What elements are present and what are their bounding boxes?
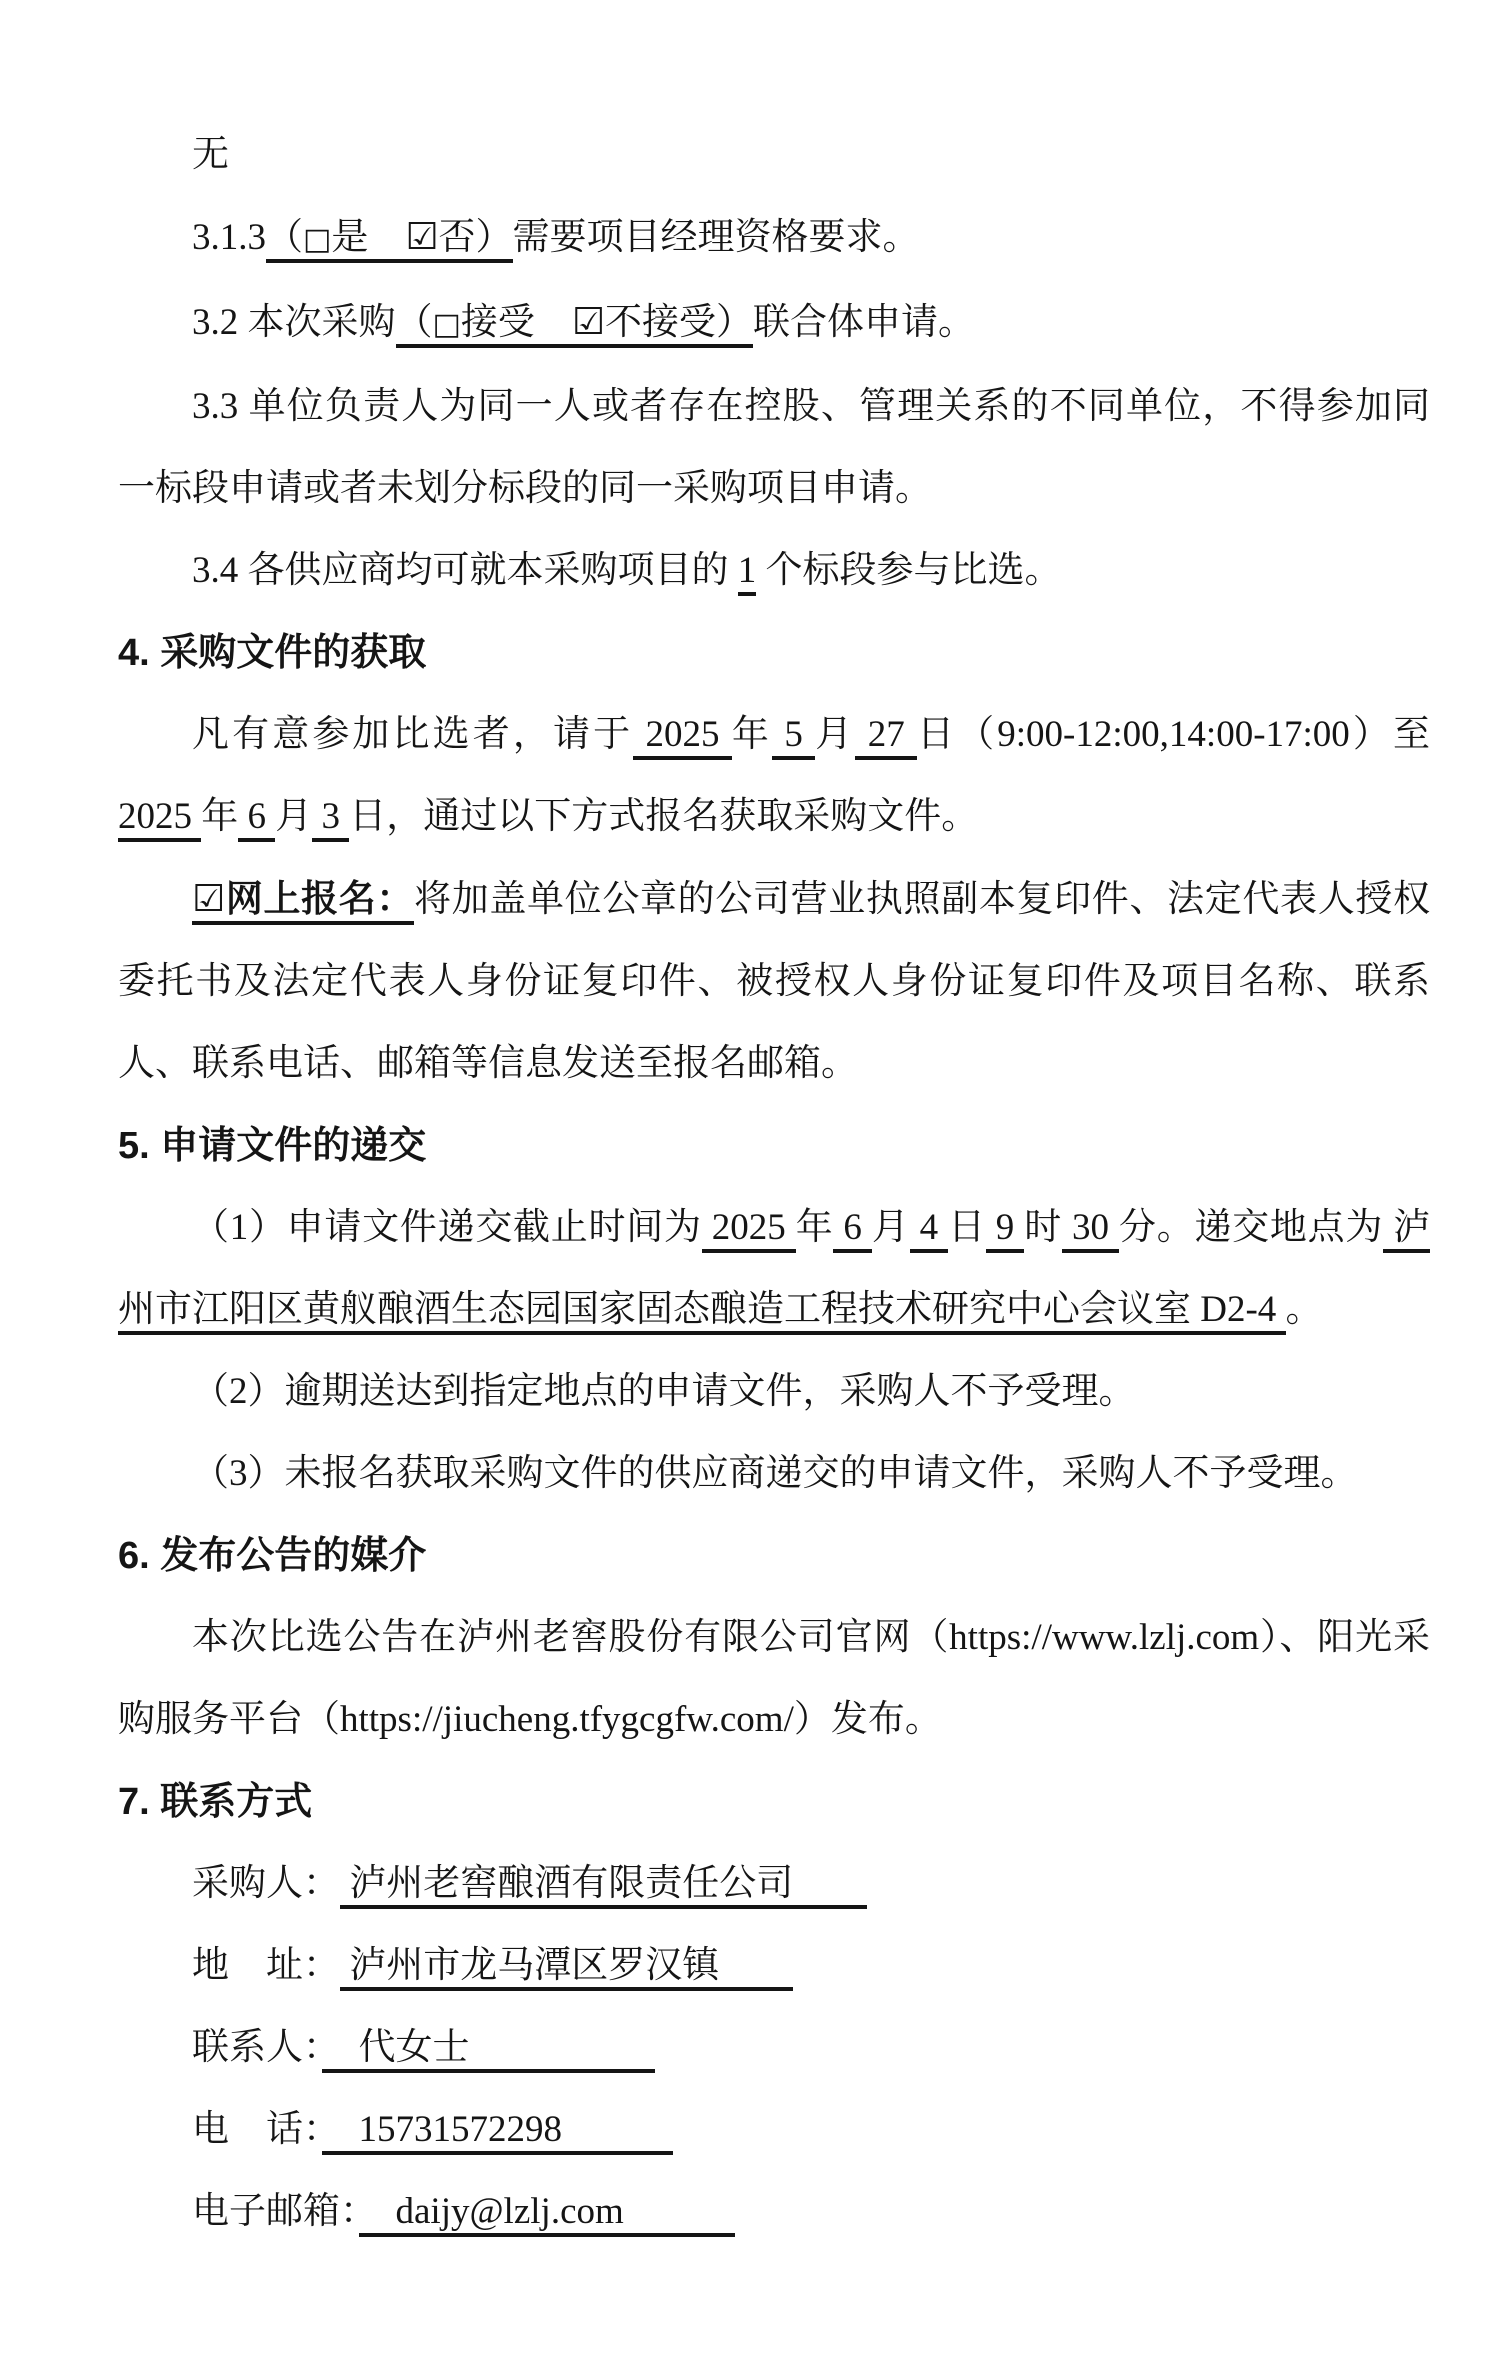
contact-label: 电子邮箱：: [192, 2191, 359, 2232]
text-run: 3.3 单位负责人为同一人或者存在控股、管理关系的不同单位，不得参加同一标段申请…: [118, 386, 1430, 509]
contact-value: 泸州市龙马潭区罗汉镇: [340, 1945, 793, 1991]
text-run: 3.2 本次采购: [192, 302, 396, 343]
contact-label: 地 址：: [192, 1945, 340, 1986]
text-run: （: [396, 302, 433, 343]
text-run: 个标段参与比选。: [756, 550, 1061, 591]
text-run: 月: [872, 1207, 910, 1248]
text-run: （1）申请文件递交截止时间为: [192, 1207, 702, 1248]
contact-value: daijy@lzlj.com: [359, 2191, 735, 2237]
year-underline: 2025: [118, 796, 201, 842]
clause-3-1-3: 3.1.3（□是 ☑否）需要项目经理资格要求。: [118, 196, 1430, 281]
checkbox-unchecked-icon: □: [303, 222, 331, 257]
section-6-heading: 6. 发布公告的媒介: [118, 1515, 1430, 1597]
online-registration-paragraph: ☑网上报名：将加盖单位公章的公司营业执照副本复印件、法定代表人授权委托书及法定代…: [118, 858, 1430, 1105]
contact-row-buyer: 采购人： 泸州老窖酿酒有限责任公司: [118, 1843, 1430, 1925]
text-run: 日（9:00-12:00,14:00-17:00）至: [917, 714, 1430, 755]
text-run: 日，通过以下方式报名获取采购文件。: [349, 796, 978, 837]
text-run: 年: [732, 714, 772, 755]
checkbox-checked-icon: ☑: [405, 215, 438, 258]
text-run: 无: [192, 134, 229, 175]
text-run: 时: [1024, 1207, 1062, 1248]
text-run: 年: [201, 796, 238, 837]
option-reject-label: 不接受）: [605, 302, 753, 343]
heading-text: 5. 申请文件的递交: [118, 1125, 426, 1167]
section-7-heading: 7. 联系方式: [118, 1761, 1430, 1843]
contact-row-email: 电子邮箱： daijy@lzlj.com: [118, 2171, 1430, 2253]
checkbox-checked-icon: ☑: [572, 300, 605, 343]
clause-number: 3.1.3: [192, 217, 266, 258]
text-run: 月: [815, 714, 855, 755]
section-5-heading: 5. 申请文件的递交: [118, 1105, 1430, 1187]
contact-label: 采购人：: [192, 1863, 340, 1904]
document-page: 无 3.1.3（□是 ☑否）需要项目经理资格要求。 3.2 本次采购（□接受 ☑…: [0, 0, 1500, 2360]
option-no-label: 否）: [439, 217, 513, 258]
text-run: （2）逾期送达到指定地点的申请文件，采购人不予受理。: [192, 1371, 1136, 1412]
clause-3-2: 3.2 本次采购（□接受 ☑不接受）联合体申请。: [118, 281, 1430, 366]
contact-label: 电 话：: [192, 2109, 322, 2150]
submission-deadline-paragraph: （1）申请文件递交截止时间为 2025 年 6 月 4 日 9 时 30 分。递…: [118, 1187, 1430, 1351]
month-underline: 5: [772, 714, 815, 760]
text-run: 分。递交地点为: [1119, 1207, 1383, 1248]
online-registration-label: ☑网上报名：: [192, 879, 414, 925]
choice-accept-underline: （□接受 ☑不接受）: [396, 302, 754, 348]
label-text: 网上报名：: [225, 879, 414, 920]
choice-yes-no-underline: （□是 ☑否）: [266, 217, 513, 263]
unregistered-supplier-paragraph: （3）未报名获取采购文件的供应商递交的申请文件，采购人不予受理。: [118, 1433, 1430, 1515]
checkbox-unchecked-icon: □: [433, 307, 461, 342]
text-run: 年: [796, 1207, 834, 1248]
text-run: 月: [275, 796, 312, 837]
contact-value: 代女士: [322, 2027, 655, 2073]
text-run: 日: [948, 1207, 986, 1248]
year-underline: 2025: [633, 714, 732, 760]
checkbox-checked-icon: ☑: [192, 877, 225, 920]
day-underline: 4: [910, 1207, 948, 1253]
hour-underline: 9: [986, 1207, 1024, 1253]
minute-underline: 30: [1062, 1207, 1119, 1253]
month-underline: 6: [833, 1207, 871, 1253]
section-4-heading: 4. 采购文件的获取: [118, 612, 1430, 694]
option-accept-label: 接受: [461, 302, 572, 343]
heading-text: 7. 联系方式: [118, 1781, 312, 1823]
clause-3-4: 3.4 各供应商均可就本采购项目的 1 个标段参与比选。: [118, 530, 1430, 612]
late-submission-paragraph: （2）逾期送达到指定地点的申请文件，采购人不予受理。: [118, 1351, 1430, 1433]
contact-row-person: 联系人： 代女士: [118, 2007, 1430, 2089]
text-run: （3）未报名获取采购文件的供应商递交的申请文件，采购人不予受理。: [192, 1453, 1358, 1494]
text-run: 联合体申请。: [753, 302, 975, 343]
day-underline: 3: [312, 796, 349, 842]
contact-row-address: 地 址： 泸州市龙马潭区罗汉镇: [118, 1925, 1430, 2007]
contact-value: 泸州老窖酿酒有限责任公司: [340, 1863, 867, 1909]
option-yes-label: 是: [331, 217, 405, 258]
month-underline: 6: [238, 796, 275, 842]
contact-label: 联系人：: [192, 2027, 322, 2068]
day-underline: 27: [855, 714, 917, 760]
text-run: 需要项目经理资格要求。: [513, 217, 920, 258]
contact-value: 15731572298: [322, 2109, 674, 2155]
paragraph-none: 无: [118, 114, 1430, 196]
clause-3-3: 3.3 单位负责人为同一人或者存在控股、管理关系的不同单位，不得参加同一标段申请…: [118, 366, 1430, 530]
text-run: 凡有意参加比选者，请于: [192, 714, 633, 755]
contact-row-phone: 电 话： 15731572298: [118, 2089, 1430, 2171]
heading-text: 6. 发布公告的媒介: [118, 1535, 426, 1577]
document-acquisition-paragraph: 凡有意参加比选者，请于 2025 年 5 月 27 日（9:00-12:00,1…: [118, 694, 1430, 858]
text-run: 3.4 各供应商均可就本采购项目的: [192, 550, 738, 591]
year-underline: 2025: [702, 1207, 796, 1253]
heading-text: 4. 采购文件的获取: [118, 632, 426, 674]
text-run: 本次比选公告在泸州老窖股份有限公司官网（https://www.lzlj.com…: [118, 1617, 1430, 1740]
lot-count-underline: 1: [738, 550, 757, 596]
text-run: （: [266, 217, 303, 258]
text-run: 。: [1286, 1289, 1323, 1330]
announcement-media-paragraph: 本次比选公告在泸州老窖股份有限公司官网（https://www.lzlj.com…: [118, 1597, 1430, 1761]
